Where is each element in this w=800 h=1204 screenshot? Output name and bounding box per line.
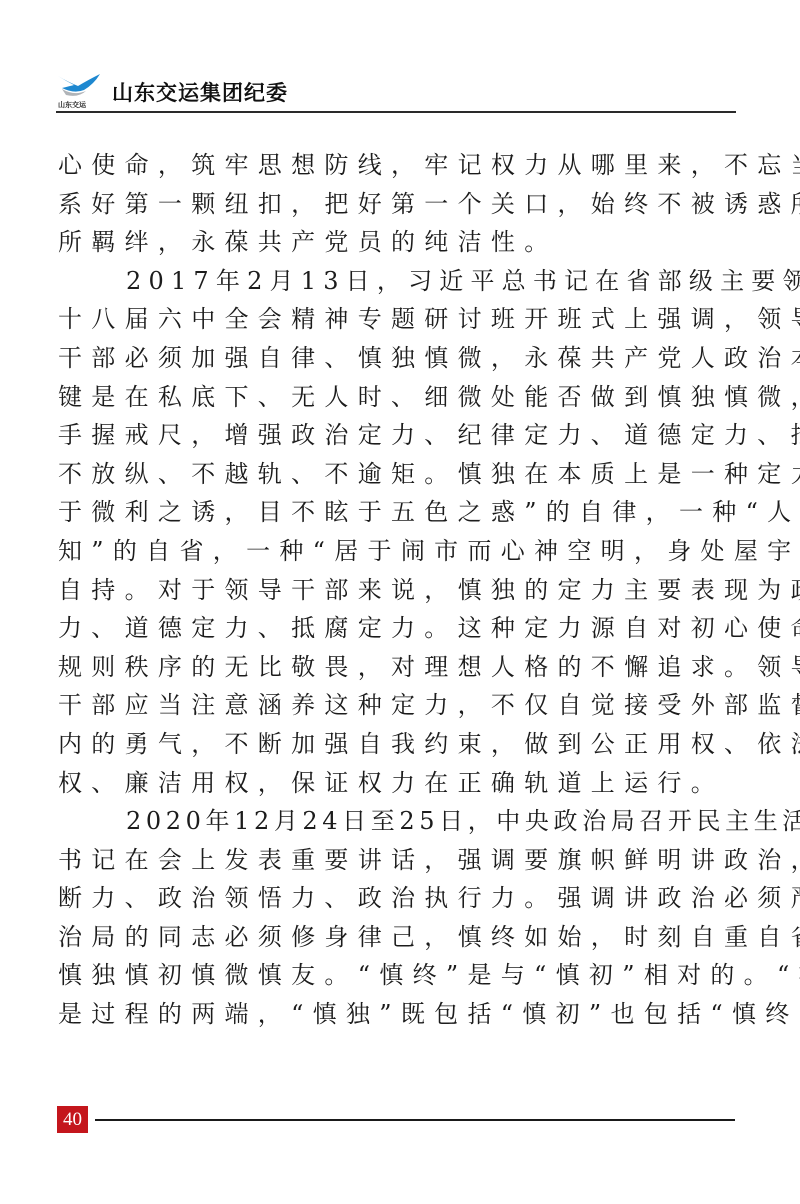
- page-footer: 40: [57, 1106, 737, 1134]
- logo-caption: 山东交运: [58, 100, 86, 110]
- page-number-badge: 40: [57, 1106, 88, 1133]
- footer-divider: [95, 1119, 735, 1121]
- header-divider: [56, 111, 736, 113]
- text-line: 力、道德定力、抵腐定力。这种定力源自对初心使命的矢志坚守，对: [58, 609, 738, 648]
- text-line: 于微利之诱，目不眩于五色之惑”的自律，一种“人所不知而己所独: [58, 493, 738, 532]
- text-line: 慎独慎初慎微慎友。“慎终”是与“慎初”相对的。“初”与“终”: [58, 956, 738, 995]
- text-line: 所羁绊，永葆共产党员的纯洁性。: [58, 223, 738, 262]
- article-body: 心使命，筑牢思想防线，牢记权力从哪里来，不忘当初为什么出发， 系好第一颗纽扣，把…: [58, 146, 738, 1034]
- text-line: 不放纵、不越轨、不逾矩。慎独在本质上是一种定力，一种“心不动: [58, 455, 738, 494]
- text-line: 权、廉洁用权，保证权力在正确轨道上运行。: [58, 764, 738, 803]
- text-line: 十八届六中全会精神专题研讨班开班式上强调，领导干部特别是高级: [58, 300, 738, 339]
- text-line: 内的勇气，不断加强自我约束，做到公正用权、依法用权、为民用: [58, 725, 738, 764]
- text-line: 干部必须加强自律、慎独慎微，永葆共产党人政治本色。加强自律关: [58, 339, 738, 378]
- text-line: 书记在会上发表重要讲话，强调要旗帜鲜明讲政治，不断提高政治判: [58, 841, 738, 880]
- text-line: 干部应当注意涵养这种定力，不仅自觉接受外部监督，还要有刀刃向: [58, 686, 738, 725]
- text-line: 系好第一颗纽扣，把好第一个关口，始终不被诱惑所左右，不为名利: [58, 185, 738, 224]
- text-line: 自持。对于领导干部来说，慎独的定力主要表现为政治定力、纪律定: [58, 571, 738, 610]
- bird-swoosh-logo-icon: [56, 72, 102, 100]
- company-logo: 山东交运: [56, 72, 102, 112]
- page-title: 山东交运集团纪委: [112, 77, 288, 107]
- text-line: 是过程的两端，“慎独”既包括“慎初”也包括“慎终”。然而“慎: [58, 995, 738, 1034]
- text-line: 规则秩序的无比敬畏，对理想人格的不懈追求。领导干部特别是高级: [58, 648, 738, 687]
- paragraph-start-line: 2020年12月24日至25日，中央政治局召开民主生活会，习近平总: [58, 802, 738, 841]
- text-line: 知”的自省，一种“居于闹市而心神空明，身处屋宇而神游方外”的: [58, 532, 738, 571]
- paragraph-start-line: 2017年2月13日，习近平总书记在省部级主要领导干部学习贯彻: [58, 262, 738, 301]
- page-header: 山东交运 山东交运集团纪委: [56, 70, 736, 114]
- text-line: 键是在私底下、无人时、细微处能否做到慎独慎微，始终心存敬畏、: [58, 378, 738, 417]
- text-line: 手握戒尺，增强政治定力、纪律定力、道德定力、抵腐定力，始终: [58, 416, 738, 455]
- text-line: 治局的同志必须修身律己，慎终如始，时刻自重自省自警自励，做到: [58, 918, 738, 957]
- text-line: 断力、政治领悟力、政治执行力。强调讲政治必须严以律己，中央政: [58, 879, 738, 918]
- text-line: 心使命，筑牢思想防线，牢记权力从哪里来，不忘当初为什么出发，: [58, 146, 738, 185]
